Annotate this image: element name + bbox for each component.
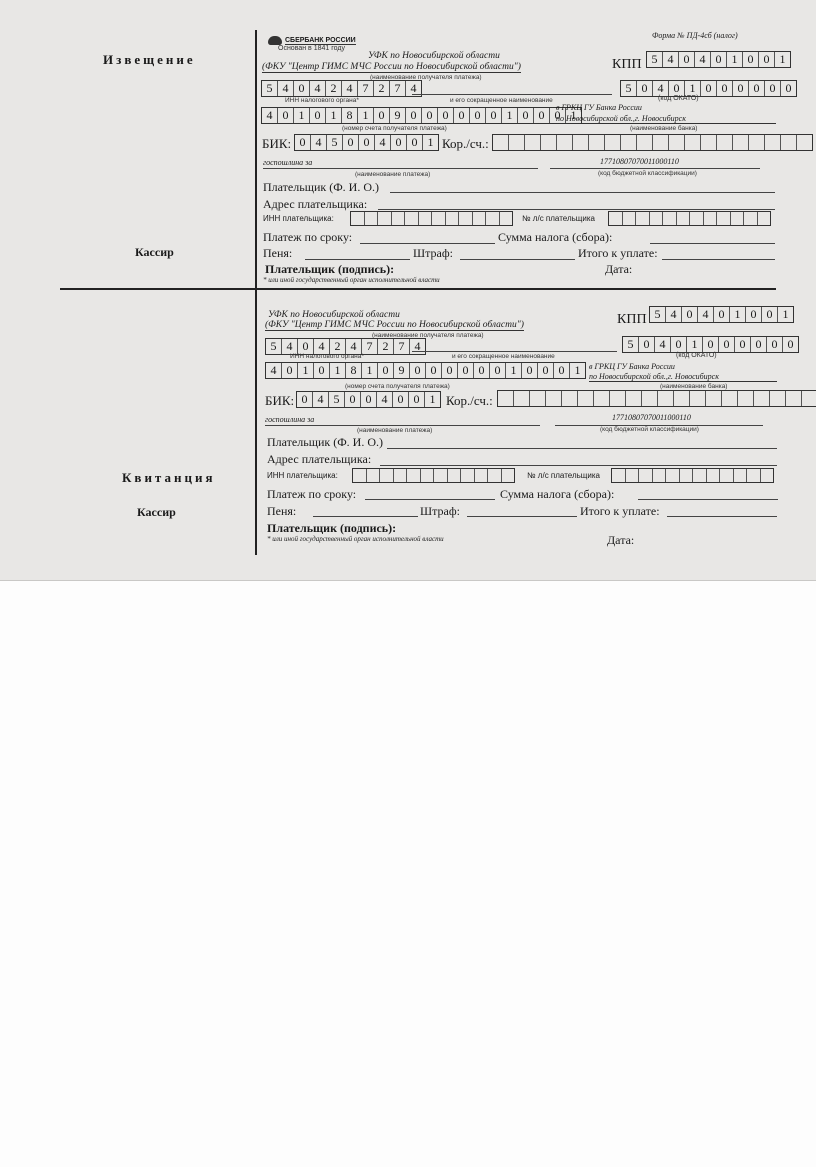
digit-cell: 0: [470, 108, 486, 123]
tax-sum-label: Сумма налога (сбора):: [498, 230, 612, 245]
digit-cell: 0: [534, 108, 550, 123]
empty-cell[interactable]: [473, 212, 487, 225]
recipient-line1: УФК по Новосибирской области: [368, 51, 500, 61]
digit-cell: 0: [474, 363, 490, 378]
empty-cell[interactable]: [674, 391, 690, 406]
payment-name: госпошлина за: [265, 415, 314, 424]
empty-cell[interactable]: [557, 135, 573, 150]
empty-cell[interactable]: [353, 469, 367, 482]
digit-cell: 0: [422, 108, 438, 123]
penalty-field[interactable]: [313, 516, 418, 517]
bik-cells[interactable]: 045004001: [294, 134, 439, 151]
digit-cell: 0: [282, 363, 298, 378]
short-name-caption: и его сокращенное наименование: [452, 353, 555, 360]
digit-cell: 0: [743, 52, 759, 67]
empty-cell[interactable]: [722, 391, 738, 406]
digit-cell: 0: [733, 81, 749, 96]
empty-cell[interactable]: [432, 212, 446, 225]
empty-cell[interactable]: [690, 391, 706, 406]
bank-logo: СБЕРБАНК РОССИИ Основан в 1841 году: [268, 36, 356, 52]
inn-caption: ИНН налогового органа*: [290, 353, 364, 360]
empty-cell[interactable]: [650, 212, 664, 225]
total-field[interactable]: [667, 516, 777, 517]
digit-cell: 1: [298, 363, 314, 378]
due-field[interactable]: [365, 499, 495, 500]
short-name-line[interactable]: [412, 351, 617, 352]
digit-cell: 0: [278, 108, 294, 123]
digit-cell: 5: [623, 337, 639, 352]
empty-cell[interactable]: [680, 469, 694, 482]
cashier-label: Кассир: [137, 505, 176, 520]
digit-cell: 0: [746, 307, 762, 322]
digit-cell: 9: [394, 363, 410, 378]
empty-cell[interactable]: [754, 391, 770, 406]
digit-cell: 0: [442, 363, 458, 378]
empty-cell[interactable]: [642, 391, 658, 406]
empty-cell[interactable]: [509, 135, 525, 150]
empty-cell[interactable]: [407, 469, 421, 482]
empty-cell[interactable]: [786, 391, 802, 406]
empty-cell[interactable]: [612, 469, 626, 482]
empty-cell[interactable]: [621, 135, 637, 150]
empty-cell[interactable]: [637, 135, 653, 150]
fine-label: Штраф:: [413, 246, 453, 261]
empty-cell[interactable]: [781, 135, 797, 150]
kor-cells[interactable]: [492, 134, 813, 151]
empty-cell[interactable]: [378, 212, 392, 225]
empty-cell[interactable]: [738, 391, 754, 406]
empty-cell[interactable]: [744, 212, 758, 225]
digit-cell: 5: [647, 52, 663, 67]
empty-cell[interactable]: [475, 469, 489, 482]
digit-cell: 0: [701, 81, 717, 96]
payer-address-field[interactable]: [380, 465, 777, 466]
digit-cell: 0: [378, 363, 394, 378]
empty-cell[interactable]: [493, 135, 509, 150]
empty-cell[interactable]: [419, 212, 433, 225]
digit-cell: 0: [297, 392, 313, 407]
empty-cell[interactable]: [525, 135, 541, 150]
empty-cell[interactable]: [589, 135, 605, 150]
empty-cell[interactable]: [761, 469, 774, 482]
digit-cell: 1: [502, 108, 518, 123]
empty-cell[interactable]: [666, 469, 680, 482]
digit-cell: 1: [727, 52, 743, 67]
empty-cell[interactable]: [626, 391, 642, 406]
okato-caption: (код ОКАТО): [658, 95, 699, 102]
empty-cell[interactable]: [749, 135, 765, 150]
digit-cell: 4: [655, 337, 671, 352]
kbk-value: 17710807070011000110: [600, 157, 679, 166]
kbk-line: [550, 168, 760, 169]
signature-label: Плательщик (подпись):: [267, 521, 396, 536]
digit-cell: 0: [294, 81, 310, 96]
kpp-label: КПП: [612, 57, 642, 73]
digit-cell: 5: [621, 81, 637, 96]
bank-line2: по Новосибирской обл.,г. Новосибирск: [589, 372, 777, 382]
digit-cell: 1: [730, 307, 746, 322]
payer-name-field[interactable]: [390, 192, 775, 193]
empty-cell[interactable]: [405, 212, 419, 225]
payer-name-field[interactable]: [387, 448, 777, 449]
digit-cell: 0: [765, 81, 781, 96]
empty-cell[interactable]: [459, 212, 473, 225]
payment-caption: (наименование платежа): [357, 427, 432, 434]
tax-sum-field[interactable]: [638, 499, 778, 500]
digit-cell: 0: [781, 81, 796, 96]
digit-cell: 8: [346, 363, 362, 378]
kbk-value: 17710807070011000110: [612, 413, 691, 422]
empty-cell[interactable]: [626, 469, 640, 482]
empty-cell[interactable]: [653, 135, 669, 150]
total-label: Итого к уплате:: [580, 504, 660, 519]
digit-cell: 1: [294, 108, 310, 123]
due-field[interactable]: [360, 243, 495, 244]
bank-line1: в ГРКЦ ГУ Банка России: [589, 362, 675, 371]
digit-cell: 2: [374, 81, 390, 96]
digit-cell: 9: [390, 108, 406, 123]
empty-cell[interactable]: [717, 135, 733, 150]
footnote: * или иной государственный орган исполни…: [263, 276, 440, 284]
empty-cell[interactable]: [685, 135, 701, 150]
digit-cell: 0: [703, 337, 719, 352]
digit-cell: 0: [714, 307, 730, 322]
empty-cell[interactable]: [677, 212, 691, 225]
empty-cell[interactable]: [747, 469, 761, 482]
kbk-caption: (код бюджетной классификации): [598, 170, 697, 177]
section-divider: [60, 288, 776, 290]
digit-cell: 5: [327, 135, 343, 150]
address-label: Адрес плательщика:: [267, 452, 371, 467]
empty-cell[interactable]: [488, 469, 502, 482]
digit-cell: 4: [342, 81, 358, 96]
digit-cell: 1: [775, 52, 790, 67]
payment-caption: (наименование платежа): [355, 171, 430, 178]
digit-cell: 1: [425, 392, 440, 407]
kpp-cells[interactable]: 540401001: [646, 51, 791, 68]
bank-line1: в ГРКЦ ГУ Банка России: [556, 103, 642, 112]
digit-cell: 0: [426, 363, 442, 378]
account-cells[interactable]: 40101810900000010001: [261, 107, 582, 124]
inn-caption: ИНН налогового органа*: [285, 97, 359, 104]
account-caption: (номер счета получателя платежа): [345, 383, 450, 390]
digit-cell: 0: [735, 337, 751, 352]
digit-cell: 1: [423, 135, 438, 150]
digit-cell: 1: [687, 337, 703, 352]
payment-name-line: [263, 168, 538, 169]
digit-cell: 0: [538, 363, 554, 378]
kor-cells[interactable]: [497, 390, 816, 407]
okato-cells[interactable]: 50401000000: [620, 80, 797, 97]
total-field[interactable]: [662, 259, 775, 260]
digit-cell: 5: [262, 81, 278, 96]
empty-cell[interactable]: [623, 212, 637, 225]
digit-cell: 0: [454, 108, 470, 123]
date-label: Дата:: [605, 262, 632, 277]
short-name-caption: и его сокращенное наименование: [450, 97, 553, 104]
digit-cell: 0: [391, 135, 407, 150]
digit-cell: 4: [666, 307, 682, 322]
digit-cell: 7: [390, 81, 406, 96]
empty-cell[interactable]: [707, 469, 721, 482]
empty-cell[interactable]: [734, 469, 748, 482]
fine-label: Штраф:: [420, 504, 460, 519]
payment-name: госпошлина за: [263, 158, 312, 167]
digit-cell: 7: [362, 339, 378, 354]
fine-field[interactable]: [460, 259, 575, 260]
digit-cell: 2: [330, 339, 346, 354]
digit-cell: 4: [314, 339, 330, 354]
empty-cell[interactable]: [461, 469, 475, 482]
bank-line2: по Новосибирской обл.,г. Новосибирск: [556, 114, 776, 124]
digit-cell: 4: [653, 81, 669, 96]
bank-caption: (наименование банка): [660, 383, 727, 390]
tax-sum-label: Сумма налога (сбора):: [500, 487, 614, 502]
digit-cell: 0: [639, 337, 655, 352]
empty-cell[interactable]: [802, 391, 816, 406]
payer-account-cells[interactable]: [608, 211, 771, 226]
empty-cell[interactable]: [502, 469, 515, 482]
kbk-caption: (код бюджетной классификации): [600, 426, 699, 433]
digit-cell: 1: [330, 363, 346, 378]
empty-cell[interactable]: [610, 391, 626, 406]
digit-cell: 5: [329, 392, 345, 407]
payer-inn-label: ИНН плательщика:: [263, 214, 334, 223]
recipient-line1: УФК по Новосибирской области: [268, 310, 400, 320]
digit-cell: 0: [762, 307, 778, 322]
empty-cell[interactable]: [636, 212, 650, 225]
payer-inn-label: ИНН плательщика:: [267, 471, 338, 480]
okato-cells[interactable]: 50401000000: [622, 336, 799, 353]
empty-cell[interactable]: [706, 391, 722, 406]
inn-cells[interactable]: 5404247274: [261, 80, 422, 97]
digit-cell: 4: [311, 135, 327, 150]
digit-cell: 0: [438, 108, 454, 123]
payment-form-sheet: Форма № ПД-4сб (налог) СБЕРБАНК РОССИИ О…: [0, 0, 816, 581]
digit-cell: 4: [278, 81, 294, 96]
digit-cell: 0: [669, 81, 685, 96]
empty-cell[interactable]: [421, 469, 435, 482]
okato-caption: (код ОКАТО): [676, 352, 717, 359]
short-name-line[interactable]: [412, 94, 612, 95]
empty-cell[interactable]: [770, 391, 786, 406]
digit-cell: 0: [518, 108, 534, 123]
digit-cell: 0: [719, 337, 735, 352]
address-label: Адрес плательщика:: [263, 197, 367, 212]
sberbank-logo-icon: [268, 36, 282, 45]
digit-cell: 0: [522, 363, 538, 378]
empty-cell[interactable]: [498, 391, 514, 406]
digit-cell: 1: [358, 108, 374, 123]
digit-cell: 5: [650, 307, 666, 322]
digit-cell: 1: [362, 363, 378, 378]
digit-cell: 0: [671, 337, 687, 352]
empty-cell[interactable]: [446, 212, 460, 225]
empty-cell[interactable]: [434, 469, 448, 482]
payer-account-label: № л/с плательщика: [522, 214, 595, 223]
digit-cell: 0: [298, 339, 314, 354]
payer-label: Плательщик (Ф. И. О.): [263, 180, 379, 195]
empty-cell[interactable]: [448, 469, 462, 482]
account-cells[interactable]: 40101810900000010001: [265, 362, 586, 379]
section-title: Квитанция: [122, 470, 216, 486]
payment-name-line: [265, 425, 540, 426]
digit-cell: 0: [406, 108, 422, 123]
empty-cell[interactable]: [514, 391, 530, 406]
empty-cell[interactable]: [562, 391, 578, 406]
bik-cells[interactable]: 045004001: [296, 391, 441, 408]
digit-cell: 0: [783, 337, 798, 352]
empty-cell[interactable]: [365, 212, 379, 225]
digit-cell: 4: [695, 52, 711, 67]
digit-cell: 0: [486, 108, 502, 123]
digit-cell: 0: [679, 52, 695, 67]
footnote: * или иной государственный орган исполни…: [267, 535, 444, 543]
empty-cell[interactable]: [658, 391, 674, 406]
digit-cell: 0: [554, 363, 570, 378]
digit-cell: 1: [778, 307, 793, 322]
payer-address-field[interactable]: [378, 209, 775, 210]
digit-cell: 0: [749, 81, 765, 96]
empty-cell[interactable]: [546, 391, 562, 406]
kor-label: Кор./сч.:: [442, 136, 489, 152]
empty-cell[interactable]: [731, 212, 745, 225]
digit-cell: 1: [570, 363, 585, 378]
empty-cell[interactable]: [594, 391, 610, 406]
empty-cell[interactable]: [486, 212, 500, 225]
empty-cell[interactable]: [500, 212, 513, 225]
digit-cell: 0: [310, 108, 326, 123]
fine-field[interactable]: [467, 516, 577, 517]
digit-cell: 4: [310, 81, 326, 96]
digit-cell: 0: [407, 135, 423, 150]
bik-label: БИК:: [265, 393, 294, 409]
digit-cell: 8: [342, 108, 358, 123]
empty-cell[interactable]: [605, 135, 621, 150]
payer-inn-cells[interactable]: [352, 468, 515, 483]
signature-label: Плательщик (подпись):: [265, 262, 394, 277]
empty-cell[interactable]: [530, 391, 546, 406]
empty-cell[interactable]: [693, 469, 707, 482]
digit-cell: 0: [711, 52, 727, 67]
digit-cell: 4: [262, 108, 278, 123]
digit-cell: 0: [345, 392, 361, 407]
empty-cell[interactable]: [704, 212, 718, 225]
digit-cell: 4: [377, 392, 393, 407]
digit-cell: 0: [295, 135, 311, 150]
digit-cell: 4: [266, 363, 282, 378]
digit-cell: 4: [282, 339, 298, 354]
bank-caption: (наименование банка): [630, 125, 697, 132]
date-label: Дата:: [607, 533, 634, 548]
bik-label: БИК:: [262, 136, 291, 152]
digit-cell: 0: [458, 363, 474, 378]
recipient-line2: (ФКУ "Центр ГИМС МЧС России по Новосибир…: [265, 320, 524, 331]
digit-cell: 0: [767, 337, 783, 352]
digit-cell: 0: [343, 135, 359, 150]
empty-cell[interactable]: [733, 135, 749, 150]
empty-cell[interactable]: [690, 212, 704, 225]
total-label: Итого к уплате:: [578, 246, 658, 261]
empty-cell[interactable]: [653, 469, 667, 482]
empty-cell[interactable]: [392, 212, 406, 225]
penalty-label: Пеня:: [267, 504, 296, 519]
empty-cell[interactable]: [609, 212, 623, 225]
empty-cell[interactable]: [351, 212, 365, 225]
vertical-divider: [255, 30, 257, 555]
empty-cell[interactable]: [758, 212, 771, 225]
empty-cell[interactable]: [720, 469, 734, 482]
empty-cell[interactable]: [394, 469, 408, 482]
digit-cell: 0: [361, 392, 377, 407]
digit-cell: 0: [374, 108, 390, 123]
digit-cell: 7: [358, 81, 374, 96]
digit-cell: 0: [409, 392, 425, 407]
empty-cell[interactable]: [367, 469, 381, 482]
digit-cell: 0: [717, 81, 733, 96]
digit-cell: 0: [410, 363, 426, 378]
digit-cell: 0: [490, 363, 506, 378]
empty-cell[interactable]: [797, 135, 812, 150]
bank-founded: Основан в 1841 году: [278, 45, 356, 52]
empty-cell[interactable]: [578, 391, 594, 406]
tax-sum-field[interactable]: [650, 243, 775, 244]
kpp-cells[interactable]: 540401001: [649, 306, 794, 323]
digit-cell: 0: [393, 392, 409, 407]
payer-label: Плательщик (Ф. И. О.): [267, 435, 383, 450]
form-number: Форма № ПД-4сб (налог): [652, 31, 738, 40]
penalty-label: Пеня:: [263, 246, 292, 261]
digit-cell: 4: [313, 392, 329, 407]
digit-cell: 4: [346, 339, 362, 354]
digit-cell: 0: [314, 363, 330, 378]
digit-cell: 2: [326, 81, 342, 96]
payer-inn-cells[interactable]: [350, 211, 513, 226]
empty-cell[interactable]: [717, 212, 731, 225]
kor-label: Кор./сч.:: [446, 393, 493, 409]
due-label: Платеж по сроку:: [267, 487, 356, 502]
empty-cell[interactable]: [701, 135, 717, 150]
digit-cell: 0: [751, 337, 767, 352]
digit-cell: 1: [506, 363, 522, 378]
empty-cell[interactable]: [573, 135, 589, 150]
empty-cell[interactable]: [765, 135, 781, 150]
digit-cell: 5: [266, 339, 282, 354]
due-label: Платеж по сроку:: [263, 230, 352, 245]
penalty-field[interactable]: [305, 259, 410, 260]
empty-cell[interactable]: [380, 469, 394, 482]
digit-cell: 0: [359, 135, 375, 150]
payer-account-label: № л/с плательщика: [527, 471, 600, 480]
section-title: Извещение: [103, 52, 196, 68]
digit-cell: 0: [637, 81, 653, 96]
payer-account-cells[interactable]: [611, 468, 774, 483]
digit-cell: 7: [394, 339, 410, 354]
empty-cell[interactable]: [663, 212, 677, 225]
kpp-label: КПП: [617, 312, 647, 328]
digit-cell: 4: [663, 52, 679, 67]
recipient-line2: (ФКУ "Центр ГИМС МЧС России по Новосибир…: [262, 62, 521, 73]
digit-cell: 0: [682, 307, 698, 322]
digit-cell: 0: [759, 52, 775, 67]
digit-cell: 1: [685, 81, 701, 96]
empty-cell[interactable]: [541, 135, 557, 150]
digit-cell: 1: [326, 108, 342, 123]
empty-cell[interactable]: [669, 135, 685, 150]
digit-cell: 2: [378, 339, 394, 354]
empty-cell[interactable]: [639, 469, 653, 482]
digit-cell: 4: [698, 307, 714, 322]
